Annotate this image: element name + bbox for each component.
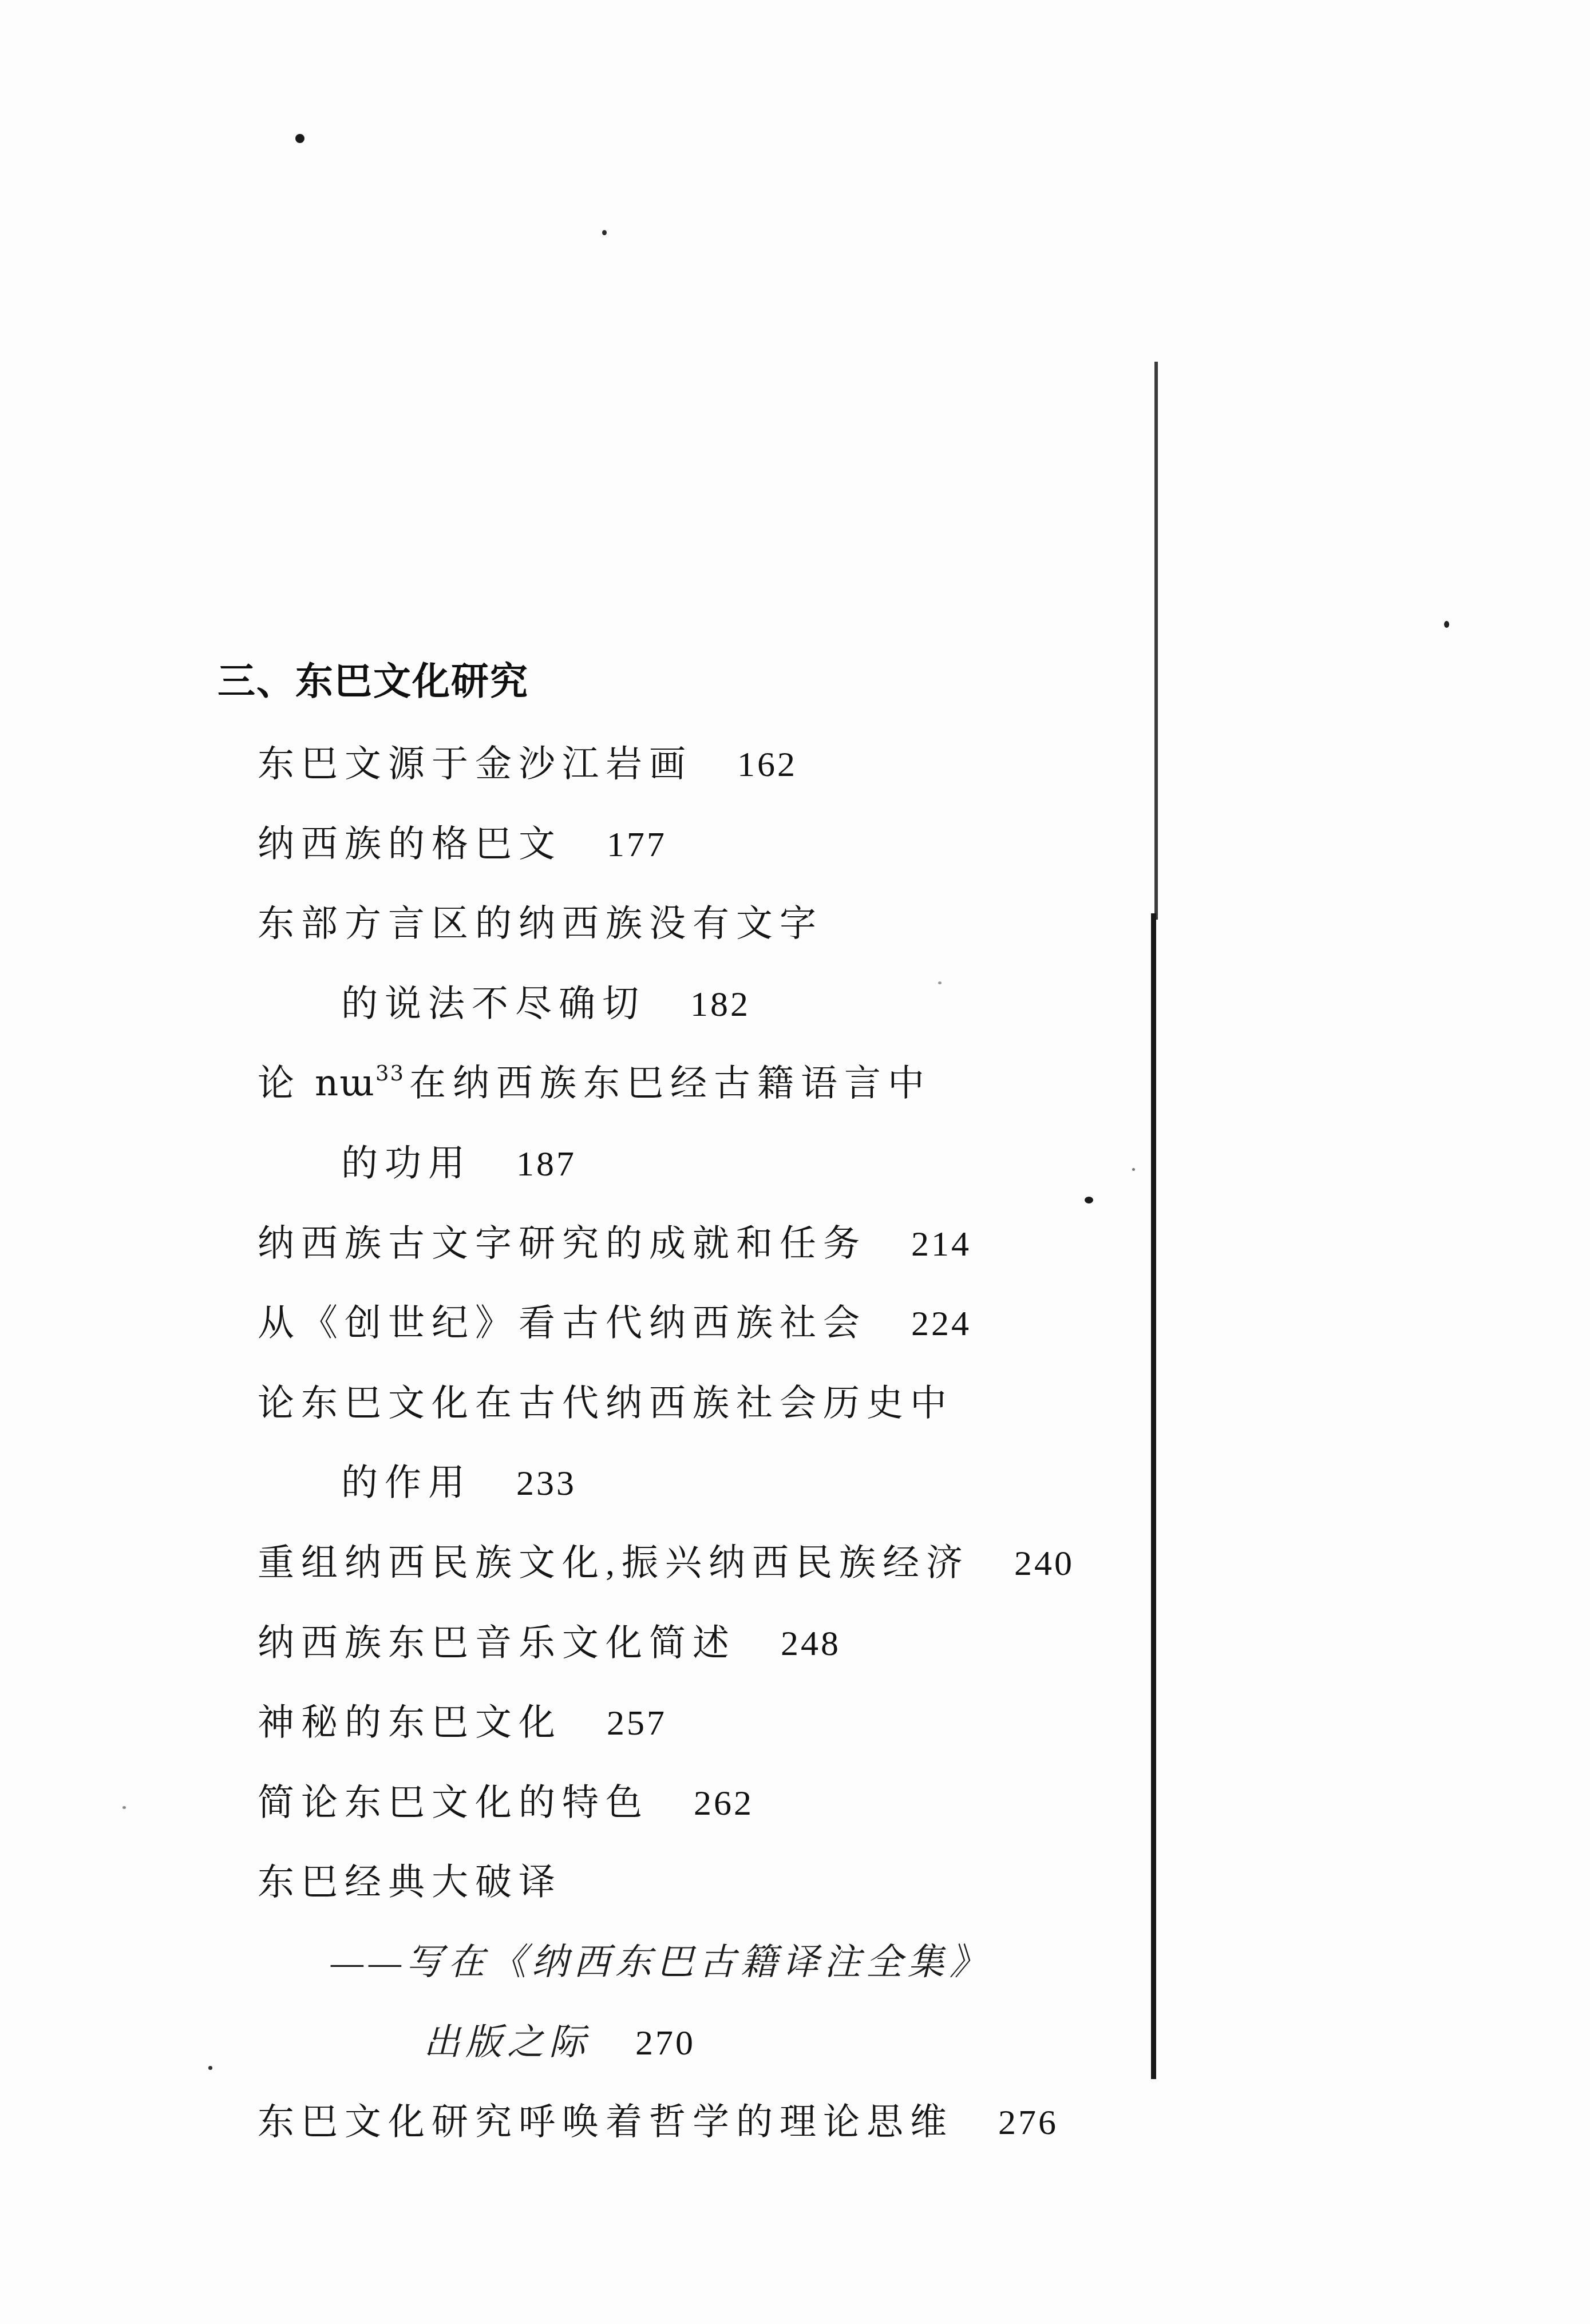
- ink-speck: [208, 2066, 212, 2070]
- scanned-page-edge-line: [1154, 362, 1158, 920]
- scanned-page-edge-line: [1151, 913, 1156, 2079]
- entry-title: 东部方言区的纳西族没有文字: [258, 905, 823, 942]
- entry-title: ——写在《纳西东巴古籍译注全集》: [331, 1944, 991, 1981]
- toc-entry: 纳西族古文字研究的成就和任务 214: [258, 1225, 971, 1262]
- toc-entry: 东部方言区的纳西族没有文字: [258, 905, 868, 942]
- entry-title: 的作用: [341, 1464, 472, 1501]
- toc-entry: 纳西族的格巴文 177: [258, 826, 667, 862]
- entry-title: 纳西族古文字研究的成就和任务: [258, 1225, 867, 1262]
- entry-title: 出版之际: [424, 2024, 591, 2061]
- entry-title: 东巴文源于金沙江岩画: [258, 746, 693, 782]
- entry-page-number: 182: [690, 987, 750, 1022]
- entry-title-prefix: 论: [258, 1065, 301, 1102]
- ink-speck: [602, 230, 607, 235]
- toc-entry: 东巴文源于金沙江岩画 162: [258, 746, 797, 782]
- entry-title: 重组纳西民族文化,振兴纳西民族经济: [258, 1545, 970, 1581]
- toc-entry: 东巴文化研究呼唤着哲学的理论思维 276: [258, 2104, 1058, 2140]
- scanned-toc-page: 三、东巴文化研究 东巴文源于金沙江岩画 162 纳西族的格巴文 177 东部方言…: [0, 0, 1590, 2324]
- toc-entry: 简论东巴文化的特色 262: [258, 1784, 754, 1821]
- toc-entry: 从《创世纪》看古代纳西族社会 224: [258, 1305, 971, 1341]
- entry-page-number: 240: [1014, 1546, 1074, 1581]
- entry-title: 的功用: [341, 1145, 472, 1182]
- entry-title: 的说法不尽确切: [341, 985, 646, 1022]
- entry-title: 简论东巴文化的特色: [258, 1784, 649, 1821]
- entry-title: 神秘的东巴文化: [258, 1704, 562, 1741]
- entry-title: 论东巴文化在古代纳西族社会历史中: [258, 1385, 954, 1422]
- toc-entry-subtitle-continuation: 出版之际 270: [424, 2024, 695, 2061]
- toc-entry-subtitle: ——写在《纳西东巴古籍译注全集》: [331, 1944, 1036, 1981]
- entry-title: 东巴文化研究呼唤着哲学的理论思维: [258, 2104, 954, 2140]
- ink-speck: [122, 1806, 126, 1809]
- toc-entry-continuation: 的作用 233: [341, 1464, 576, 1501]
- toc-entry-continuation: 的说法不尽确切 182: [341, 985, 750, 1022]
- entry-title: 从《创世纪》看古代纳西族社会: [258, 1305, 867, 1341]
- entry-title: 纳西族东巴音乐文化简述: [258, 1625, 736, 1661]
- toc-entry: 神秘的东巴文化 257: [258, 1704, 667, 1741]
- entry-page-number: 214: [911, 1226, 971, 1262]
- entry-page-number: 276: [998, 2105, 1058, 2140]
- entry-page-number: 257: [607, 1705, 667, 1741]
- ink-speck: [1085, 1197, 1093, 1203]
- entry-page-number: 248: [781, 1626, 841, 1661]
- entry-title: 东巴经典大破译: [258, 1864, 562, 1901]
- entry-page-number: 162: [737, 747, 797, 782]
- ink-speck: [1444, 621, 1449, 628]
- toc-entry: 重组纳西民族文化,振兴纳西民族经济 240: [258, 1545, 1074, 1581]
- toc-entry: 论东巴文化在古代纳西族社会历史中: [258, 1385, 998, 1422]
- entry-title: 纳西族的格巴文: [258, 826, 562, 862]
- ink-speck: [295, 134, 304, 143]
- toc-entry: 纳西族东巴音乐文化简述 248: [258, 1625, 841, 1661]
- entry-page-number: 177: [607, 827, 667, 862]
- entry-tone-superscript: 33: [375, 1063, 405, 1084]
- entry-phonetic-symbol: nɯ: [315, 1065, 375, 1102]
- ink-speck: [1132, 1168, 1135, 1171]
- ink-speck: [938, 981, 942, 984]
- toc-entry-continuation: 的功用 187: [341, 1145, 576, 1182]
- toc-entry: 论 nɯ 33 在纳西族东巴经古籍语言中: [258, 1065, 976, 1102]
- entry-title: 在纳西族东巴经古籍语言中: [409, 1065, 931, 1102]
- entry-page-number: 224: [911, 1306, 971, 1341]
- entry-page-number: 187: [516, 1146, 576, 1182]
- toc-entry: 东巴经典大破译: [258, 1864, 607, 1901]
- entry-page-number: 270: [635, 2025, 695, 2061]
- entry-page-number: 262: [694, 1785, 754, 1821]
- section-heading: 三、东巴文化研究: [217, 662, 529, 700]
- entry-page-number: 233: [516, 1466, 576, 1501]
